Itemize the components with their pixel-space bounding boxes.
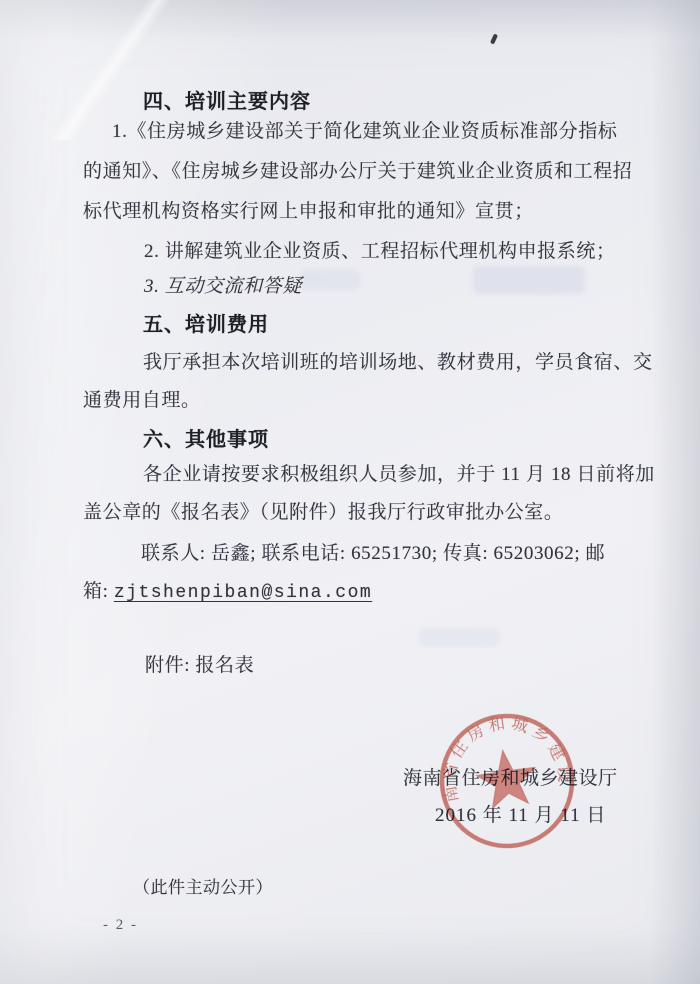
attachment-line: 附件: 报名表 [145, 650, 254, 677]
body-line: 通费用自理。 [83, 385, 201, 412]
contact-line: 联系人: 岳鑫; 联系电话: 65251730; 传真: 65203062; 邮 [141, 538, 605, 565]
page-number: - 2 - [103, 917, 138, 934]
seal-star-icon [475, 747, 539, 809]
email-prefix: 箱: [83, 581, 114, 602]
body-line: 标代理机构资格实行网上申报和审批的通知》宣贯； [83, 196, 534, 223]
section-heading-4: 四、培训主要内容 [143, 85, 311, 114]
bleed-through-smudge [300, 270, 360, 290]
body-line: 盖公章的《报名表》（见附件）报我厅行政审批办公室。 [83, 497, 564, 524]
bleed-through-smudge [473, 266, 585, 294]
body-line: 3. 互动交流和答疑 [144, 271, 302, 298]
email-address: zjtshenpiban@sina.com [114, 583, 372, 603]
body-line: 的通知》、《住房城乡建设部办公厅关于建筑业企业资质和工程招 [83, 156, 632, 183]
ink-speck [490, 34, 498, 45]
body-line: 各企业请按要求积极组织人员参加，并于 11 月 18 日前将加 [143, 459, 655, 486]
official-seal: 海南省住房和城乡建设厅 [422, 696, 591, 865]
scanned-document-page: 四、培训主要内容 1.《住房城乡建设部关于简化建筑业企业资质标准部分指标 的通知… [0, 0, 700, 984]
bleed-through-smudge [418, 628, 500, 646]
body-line: 我厅承担本次培训班的培训场地、教材费用，学员食宿、交 [143, 347, 653, 374]
section-heading-5: 五、培训费用 [143, 308, 269, 337]
body-line: 1.《住房城乡建设部关于简化建筑业企业资质标准部分指标 [112, 116, 617, 143]
body-line: 2. 讲解建筑业企业资质、工程招标代理机构申报系统； [144, 236, 616, 263]
section-heading-6: 六、其他事项 [143, 423, 269, 452]
disclosure-note: （此件主动公开） [133, 873, 273, 898]
email-line: 箱: zjtshenpiban@sina.com [83, 576, 372, 603]
